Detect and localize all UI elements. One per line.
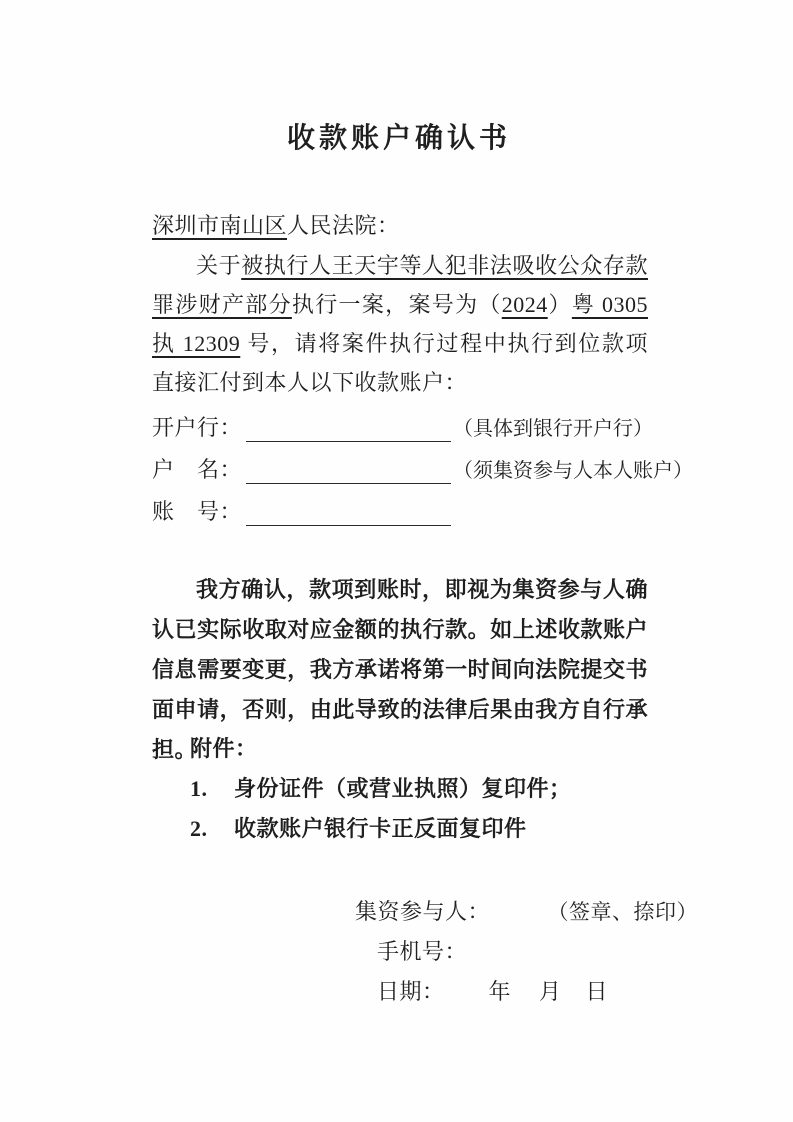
account-number-blank-line xyxy=(246,499,451,526)
bank-branch-label: 开户行： xyxy=(152,415,242,440)
attachment-item-2-number: 2. xyxy=(190,816,234,842)
account-number-field-row: 账 号： xyxy=(152,492,672,534)
participant-label: 集资参与人： xyxy=(355,899,490,924)
attachments-heading: 附件： xyxy=(190,732,258,763)
attachment-item-2-text: 收款账户银行卡正反面复印件 xyxy=(234,816,527,841)
participant-signature-row: 集资参与人：（签章、捺印） xyxy=(355,892,698,932)
date-label: 日期： xyxy=(377,979,445,1004)
signature-block: 集资参与人：（签章、捺印） 手机号： 日期：年月日 xyxy=(355,892,698,1012)
account-name-field-row: 户 名：（须集资参与人本人账户） xyxy=(152,450,672,492)
attachment-item-1-number: 1. xyxy=(190,776,234,802)
account-name-blank-line xyxy=(246,457,451,484)
phone-label: 手机号： xyxy=(377,939,467,964)
bank-branch-note: （具体到银行开户行） xyxy=(453,418,653,440)
participant-seal-note: （签章、捺印） xyxy=(558,900,698,924)
account-name-note: （须集资参与人本人账户） xyxy=(453,460,693,482)
account-number-label: 账 号： xyxy=(152,499,242,524)
phone-row: 手机号： xyxy=(377,932,698,972)
attachment-item-1-text: 身份证件（或营业执照）复印件； xyxy=(234,776,572,801)
account-name-label: 户 名： xyxy=(152,457,242,482)
date-day-label: 日 xyxy=(586,979,609,1004)
date-year-label: 年 xyxy=(489,979,512,1004)
attachment-item-2: 2.收款账户银行卡正反面复印件 xyxy=(190,812,527,843)
attachment-item-1: 1.身份证件（或营业执照）复印件； xyxy=(190,772,572,803)
date-row: 日期：年月日 xyxy=(377,972,698,1012)
document-title: 收款账户确认书 xyxy=(152,116,646,156)
recipient-line: 深圳市南山区人民法院： xyxy=(152,206,672,245)
bank-branch-field-row: 开户行：（具体到银行开户行） xyxy=(152,408,672,450)
case-description-paragraph: 关于被执行人王天宇等人犯非法吸收公众存款罪涉财产部分执行一案，案号为（2024）… xyxy=(152,246,648,402)
date-month-label: 月 xyxy=(539,979,562,1004)
account-fields: 开户行：（具体到银行开户行） 户 名：（须集资参与人本人账户） 账 号： xyxy=(152,408,672,534)
scanned-document-page: 收款账户确认书 深圳市南山区人民法院： 关于被执行人王天宇等人犯非法吸收公众存款… xyxy=(0,0,793,1122)
bank-branch-blank-line xyxy=(246,415,451,442)
